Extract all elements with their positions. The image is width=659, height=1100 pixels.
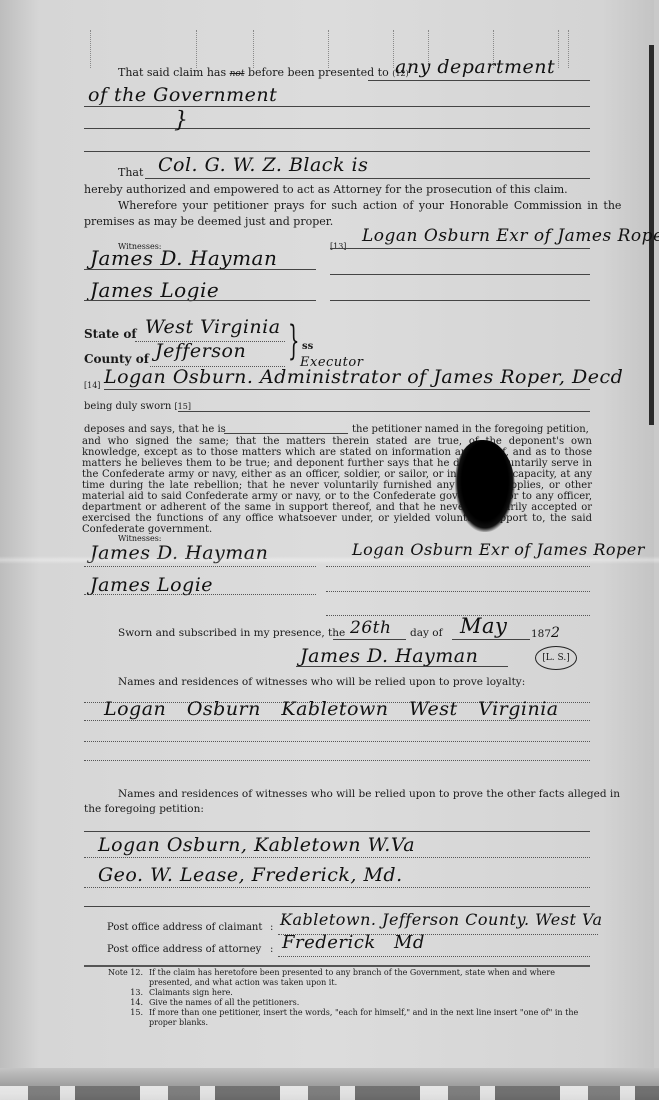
signature-line (330, 248, 590, 249)
footnote-text: If the claim has heretofore been present… (149, 968, 593, 988)
county-value: Jefferson (155, 340, 246, 362)
blank-line (178, 411, 590, 412)
document-page: That said claim has not before been pres… (0, 0, 654, 1090)
torn-page-bottom (0, 1068, 659, 1100)
sworn-line: being duly sworn [15] (84, 400, 191, 413)
signature-line (326, 566, 590, 567)
other-witness-entry: Logan Osburn, Kabletown W.Va (98, 834, 415, 856)
attorney-authorization-text: hereby authorized and empowered to act a… (84, 183, 568, 196)
blank-line (84, 106, 590, 107)
petitioner-name-line: Logan Osburn. Administrator of James Rop… (104, 366, 623, 388)
footnote-text: Claimants sign here. (149, 988, 593, 998)
ink-blot (455, 440, 515, 532)
attorney-address-value: Frederick Md (282, 932, 425, 953)
sworn-label: being duly sworn (84, 401, 171, 412)
other-witnesses-label: Names and residences of witnesses who wi… (118, 788, 620, 801)
sworn-subscribed-text: Sworn and subscribed in my presence, the (118, 627, 345, 640)
officer-signature: James D. Hayman (300, 645, 478, 667)
blank-line (368, 80, 590, 81)
blank-line (84, 269, 316, 270)
footnote: 15.If more than one petitioner, insert t… (103, 1008, 593, 1028)
footnote: Note 12.If the claim has heretofore been… (103, 968, 593, 988)
footnote-text: If more than one petitioner, insert the … (149, 1008, 593, 1028)
blank-line (84, 760, 590, 761)
claim-presented-middle: before been presented to (248, 66, 389, 79)
blank-line (145, 178, 590, 179)
witness-signature: James D. Hayman (90, 246, 277, 270)
footnotes: Note 12.If the claim has heretofore been… (103, 968, 593, 1028)
struck-word: not (230, 69, 245, 79)
footnote-number: 13. (103, 988, 149, 998)
claimant-address-label: Post office address of claimant (107, 921, 262, 934)
claim-presented-line: That said claim has not before been pres… (118, 66, 409, 81)
sworn-month: May (460, 614, 507, 638)
sworn-day: 26th (350, 618, 391, 638)
attorney-prefix: That (118, 166, 143, 179)
handwritten-attorney-name: Col. G. W. Z. Black is (158, 154, 368, 176)
notes-divider (84, 965, 590, 967)
note-ref-15: [15] (175, 402, 191, 411)
blank-line (333, 639, 406, 640)
footnote-number: 14. (103, 998, 149, 1008)
deposition-start-b: the petitioner named in the foregoing pe… (352, 423, 589, 436)
blank-line (84, 128, 590, 129)
loyalty-witness-entry: Logan Osburn Kabletown West Virginia (104, 698, 559, 720)
signature-line (330, 300, 590, 301)
seal-mark: [L. S.] (535, 646, 577, 670)
colon: : (270, 921, 273, 934)
signature-line (326, 615, 590, 616)
other-witness-entry: Geo. W. Lease, Frederick, Md. (98, 864, 403, 886)
attorney-address-label: Post office address of attorney (107, 943, 261, 956)
state-label: State of (84, 328, 137, 341)
signature-line (330, 274, 590, 275)
brace: } (288, 318, 300, 364)
footnote-number: 15. (103, 1008, 149, 1028)
prayer-line-1: Wherefore your petitioner prays for such… (118, 199, 621, 212)
blank-line (84, 831, 590, 832)
blank-line (84, 857, 590, 858)
footnote: 14.Give the names of all the petitioners… (103, 998, 593, 1008)
sworn-year: 1872 (531, 627, 560, 641)
colon: : (270, 943, 273, 956)
claimant-address-value: Kabletown. Jefferson County. West Va (280, 910, 603, 929)
blank-line (84, 887, 590, 888)
other-witnesses-label-2: the foregoing petition: (84, 803, 204, 816)
signature-line (326, 591, 590, 592)
note-ref-14: [14] (84, 379, 100, 392)
county-label: County of (84, 353, 149, 366)
claim-presented-prefix: That said claim has (118, 66, 226, 79)
signature-line (296, 666, 508, 667)
year-handwritten: 2 (551, 625, 560, 641)
prayer-line-2: premises as may be deemed just and prope… (84, 215, 333, 228)
deposition-start: deposes and says, that he is (84, 423, 226, 436)
note-ref-13: [13] (330, 240, 346, 253)
witness-signature: James Logie (90, 278, 219, 302)
blank-line (84, 594, 316, 595)
blank-line (84, 906, 590, 907)
blank-line (224, 433, 348, 434)
year-printed: 187 (531, 628, 551, 640)
fold-crease (0, 556, 659, 564)
footnote: 13.Claimants sign here. (103, 988, 593, 998)
blank-line (84, 566, 316, 567)
blank-line (278, 956, 590, 957)
blank-line (84, 741, 590, 742)
bracket-mark: } (174, 108, 189, 133)
handwritten-of-the-government: of the Government (88, 84, 277, 106)
footnote-number: Note 12. (103, 968, 149, 988)
blank-line (84, 720, 590, 721)
blank-line (84, 151, 590, 152)
blank-line (452, 639, 530, 640)
handwritten-any-department: any department (395, 56, 555, 78)
witness-signature: James Logie (90, 574, 213, 596)
blank-line (84, 300, 316, 301)
ss-label: ss (302, 340, 313, 353)
blank-line (104, 389, 590, 390)
claimant-signature: Logan Osburn Exr of James Roper (362, 226, 659, 246)
deposition-body: and who signed the same; that the matter… (82, 436, 592, 535)
day-of-label: day of (410, 627, 442, 640)
footnote-text: Give the names of all the petitioners. (149, 998, 593, 1008)
loyalty-witnesses-label: Names and residences of witnesses who wi… (118, 676, 525, 689)
state-value: West Virginia (145, 316, 281, 338)
